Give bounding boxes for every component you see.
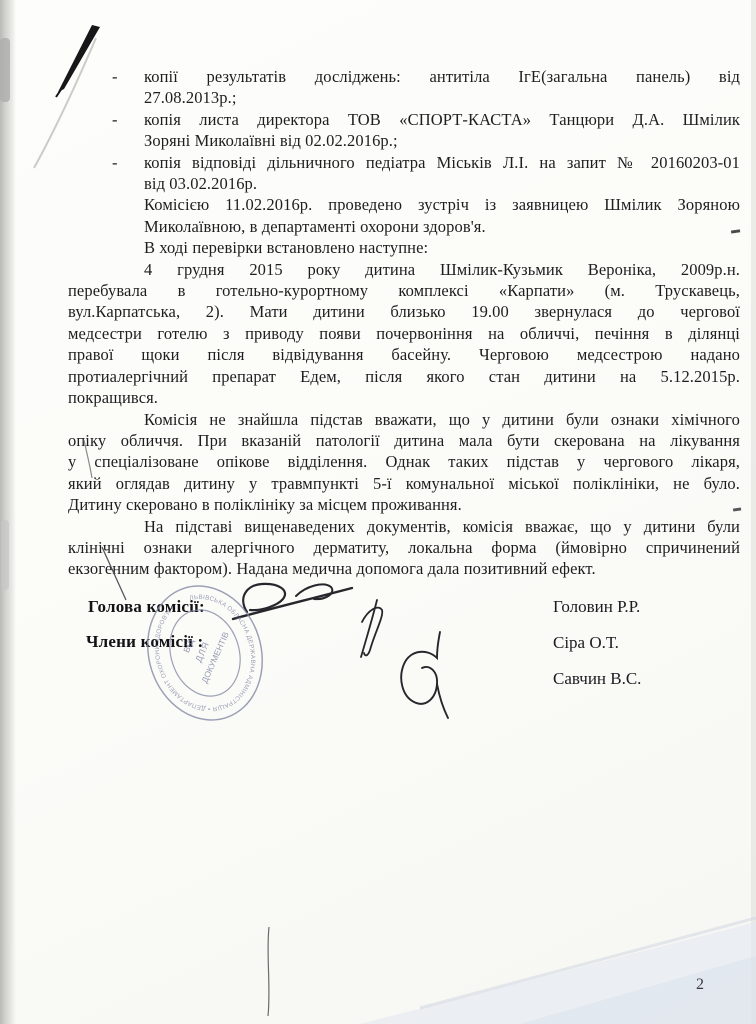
text-line: протиалергічний препарат Едем, після яко… — [68, 366, 740, 387]
text-line: опіку обличчя. При вказаній патології ди… — [68, 430, 740, 451]
official-round-stamp: ЛЬВІВСЬКА ОБЛАСНА ДЕРЖАВНА АДМІНІСТРАЦІЯ… — [115, 558, 295, 748]
text-run: На підставі вищенаведених документів, ко… — [144, 517, 740, 536]
text-line: покращився. — [68, 387, 740, 408]
text-run: копія листа директора ТОВ «СПОРТ-КАСТА» … — [144, 110, 740, 129]
signatory-name-golovyn: Головин Р.Р. — [553, 597, 640, 617]
text-line: від 03.02.2016р. — [68, 173, 740, 194]
text-line: 4 грудня 2015 року дитина Шмілик-Кузьмик… — [68, 259, 740, 280]
text-line: 27.08.2013р.; — [68, 87, 740, 108]
scan-blotch — [0, 38, 10, 102]
text-run: 27.08.2013р.; — [144, 88, 237, 107]
text-line: екзогенним фактором). Надана медична доп… — [68, 558, 740, 579]
text-run: опіку обличчя. При вказаній патології ди… — [68, 431, 740, 450]
document-text: -копії результатів досліджень: антитіла … — [68, 66, 740, 580]
text-run: покращився. — [68, 388, 158, 407]
text-run: В ході перевірки встановлено наступне: — [144, 238, 428, 257]
text-line: Комісія не знайшла підстав вважати, що у… — [68, 409, 740, 430]
page-number: 2 — [696, 976, 704, 994]
text-run: протиалергічний препарат Едем, після яко… — [68, 367, 740, 386]
text-line: -копія листа директора ТОВ «СПОРТ-КАСТА»… — [68, 109, 740, 130]
text-run: Дитину скеровано в поліклініку за місцем… — [68, 495, 462, 514]
fold-shadow — [360, 918, 756, 1024]
text-run: який оглядав дитину у травмпункті 5-ї ко… — [68, 474, 740, 493]
text-run: копія відповіді дільничного педіатра Міс… — [144, 153, 740, 172]
text-line: вул.Карпатська, 2). Мати дитини близько … — [68, 301, 740, 322]
text-run: правої щоки після відвідування басейну. … — [68, 345, 740, 364]
signatory-name-sira: Сіра О.Т. — [553, 633, 619, 653]
text-line: Зоряні Миколаївні від 02.02.2016р.; — [68, 130, 740, 151]
scratch-mark-bottom — [268, 927, 269, 1016]
text-run: Зоряні Миколаївні від 02.02.2016р.; — [144, 131, 398, 150]
text-line: правої щоки після відвідування басейну. … — [68, 344, 740, 365]
list-dash: - — [112, 109, 118, 130]
stamp-outer-ring — [131, 571, 280, 735]
text-run: екзогенним фактором). Надана медична доп… — [68, 559, 596, 578]
scanner-edge-shadow — [0, 0, 16, 1024]
text-line: у спеціалізоване опікове відділення. Одн… — [68, 451, 740, 472]
text-run: перебувала в готельно-курортному комплек… — [68, 281, 740, 300]
text-line: клінічні ознаки алергічного дерматиту, л… — [68, 537, 740, 558]
text-run: у спеціалізоване опікове відділення. Одн… — [68, 452, 740, 471]
text-line: В ході перевірки встановлено наступне: — [68, 237, 740, 258]
members-of-commission-label: Члени комісії : — [86, 632, 203, 652]
text-run: Комісією 11.02.2016р. проведено зустріч … — [144, 195, 740, 214]
text-run: клінічні ознаки алергічного дерматиту, л… — [68, 538, 740, 557]
text-line: -копія відповіді дільничного педіатра Мі… — [68, 152, 740, 173]
list-dash: - — [112, 66, 118, 87]
text-run: вул.Карпатська, 2). Мати дитини близько … — [68, 302, 740, 321]
text-line: перебувала в готельно-курортному комплек… — [68, 280, 740, 301]
text-run: Миколаївною, в департаменті охорони здор… — [144, 217, 486, 236]
text-run: Комісія не знайшла підстав вважати, що у… — [144, 410, 740, 429]
scan-edge-right — [751, 0, 756, 1024]
text-line: Комісією 11.02.2016р. проведено зустріч … — [68, 194, 740, 215]
scanned-document-page: -копії результатів досліджень: антитіла … — [0, 0, 756, 1024]
text-line: Миколаївною, в департаменті охорони здор… — [68, 216, 740, 237]
text-run: копії результатів досліджень: антитіла І… — [144, 67, 740, 86]
text-run: медсестри готелю з приводу появи почерво… — [68, 324, 740, 343]
chair-of-commission-label: Голова комісії: — [88, 597, 205, 617]
text-line: -копії результатів досліджень: антитіла … — [68, 66, 740, 87]
svg-text:ДОКУМЕНТІВ: ДОКУМЕНТІВ — [199, 630, 231, 685]
scan-blotch — [1, 520, 9, 590]
text-line: На підставі вищенаведених документів, ко… — [68, 516, 740, 537]
text-line: Дитину скеровано в поліклініку за місцем… — [68, 494, 740, 515]
list-dash: - — [112, 152, 118, 173]
signature-golovyn — [233, 584, 352, 619]
signature-sira — [361, 600, 382, 657]
text-line: медсестри готелю з приводу появи почерво… — [68, 323, 740, 344]
signature-savchyn — [401, 632, 448, 718]
text-run: від 03.02.2016р. — [144, 174, 257, 193]
text-line: який оглядав дитину у травмпункті 5-ї ко… — [68, 473, 740, 494]
text-run: 4 грудня 2015 року дитина Шмілик-Кузьмик… — [144, 260, 740, 279]
signatory-name-savchyn: Савчин В.С. — [553, 669, 641, 689]
